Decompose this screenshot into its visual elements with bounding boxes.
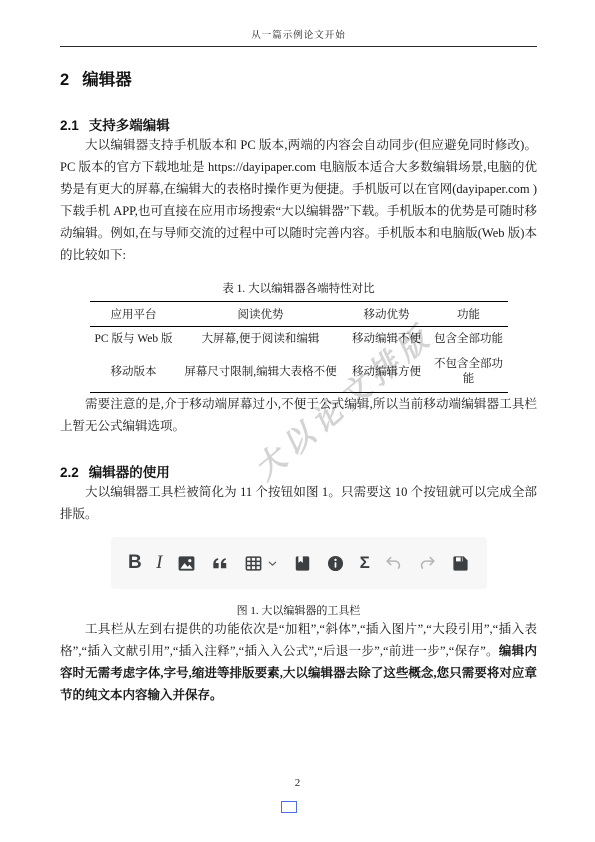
feature-comparison-table: 应用平台 阅读优势 移动优势 功能 PC 版与 Web 版 大屏幕,便于阅读和编… (90, 301, 508, 393)
insert-table-button-group (244, 554, 279, 573)
bold-button[interactable]: B (128, 552, 142, 574)
table-header-cell: 阅读优势 (178, 302, 344, 327)
paragraph-note-mobile: 需要注意的是,介于移动端屏幕过小,不便于公式编辑,所以当前移动端编辑器工具栏上暂… (60, 393, 537, 437)
table-cell: 不包含全部功能 (430, 352, 508, 393)
paragraph-toolbar-intro: 大以编辑器工具栏被简化为 11 个按钮如图 1。只需要这 10 个按钮就可以完成… (60, 481, 537, 525)
save-button[interactable] (451, 554, 470, 573)
italic-button[interactable]: I (156, 552, 162, 574)
table-header-cell: 应用平台 (90, 302, 178, 327)
info-icon (326, 554, 345, 573)
table-row: 移动版本 屏幕尺寸限制,编辑大表格不便 移动编辑方便 不包含全部功能 (90, 352, 508, 393)
subsection-title: 支持多端编辑 (89, 114, 170, 134)
undo-icon (384, 554, 403, 573)
toolbar-figure: B I (111, 537, 487, 589)
paragraph-toolbar-functions: 工具栏从左到右提供的功能依次是“加粗”,“斜体”,“插入图片”,“大段引用”,“… (60, 618, 537, 706)
running-header: 从一篇示例论文开始 (60, 27, 537, 47)
section-title: 编辑器 (82, 66, 132, 90)
section-number: 2 (60, 71, 69, 90)
undo-button[interactable] (384, 554, 403, 573)
table-caption: 表 1. 大以编辑器各端特性对比 (60, 280, 537, 296)
table-options-dropdown[interactable] (266, 557, 279, 570)
subsection-heading-2-1: 2.1 支持多端编辑 (60, 114, 537, 134)
document-page: 大以论文排版 从一篇示例论文开始 2 编辑器 2.1 支持多端编辑 大以编辑器支… (0, 0, 595, 842)
table-cell: 包含全部功能 (430, 327, 508, 353)
subsection-title: 编辑器的使用 (89, 461, 170, 481)
paragraph-text-normal: 工具栏从左到右提供的功能依次是“加粗”,“斜体”,“插入图片”,“大段引用”,“… (60, 622, 537, 658)
table-header-cell: 功能 (430, 302, 508, 327)
table-header-cell: 移动优势 (344, 302, 430, 327)
table-row: PC 版与 Web 版 大屏幕,便于阅读和编辑 移动编辑不便 包含全部功能 (90, 327, 508, 353)
table-icon (244, 554, 263, 573)
section-heading-2: 2 编辑器 (60, 66, 537, 90)
table-header-row: 应用平台 阅读优势 移动优势 功能 (90, 302, 508, 327)
insert-formula-button[interactable]: Σ (360, 553, 370, 573)
chevron-down-icon (266, 557, 279, 570)
subsection-heading-2-2: 2.2 编辑器的使用 (60, 461, 537, 481)
running-header-title: 从一篇示例论文开始 (251, 31, 346, 41)
page-number: 2 (0, 777, 595, 789)
image-icon (177, 554, 196, 573)
insert-citation-button[interactable] (293, 554, 312, 573)
figure-caption: 图 1. 大以编辑器的工具栏 (60, 602, 537, 618)
table-cell: PC 版与 Web 版 (90, 327, 178, 353)
table-cell: 移动编辑不便 (344, 327, 430, 353)
table-cell: 移动编辑方便 (344, 352, 430, 393)
page-content: 从一篇示例论文开始 2 编辑器 2.1 支持多端编辑 大以编辑器支持手机版本和 … (60, 0, 537, 706)
insert-table-button[interactable] (244, 554, 263, 573)
citation-book-icon (293, 554, 312, 573)
table-cell: 屏幕尺寸限制,编辑大表格不便 (178, 352, 344, 393)
table-cell: 移动版本 (90, 352, 178, 393)
redo-button[interactable] (418, 554, 437, 573)
paragraph-multi-platform: 大以编辑器支持手机版本和 PC 版本,两端的内容会自动同步(但应避免同时修改)。… (60, 134, 537, 266)
insert-image-button[interactable] (177, 554, 196, 573)
quote-icon (210, 554, 229, 573)
table-cell: 大屏幕,便于阅读和编辑 (178, 327, 344, 353)
blockquote-button[interactable] (210, 554, 229, 573)
link-annotation-box[interactable] (281, 801, 297, 813)
save-icon (451, 554, 470, 573)
redo-icon (418, 554, 437, 573)
insert-footnote-button[interactable] (326, 554, 345, 573)
subsection-number: 2.1 (60, 118, 79, 133)
subsection-number: 2.2 (60, 465, 79, 480)
